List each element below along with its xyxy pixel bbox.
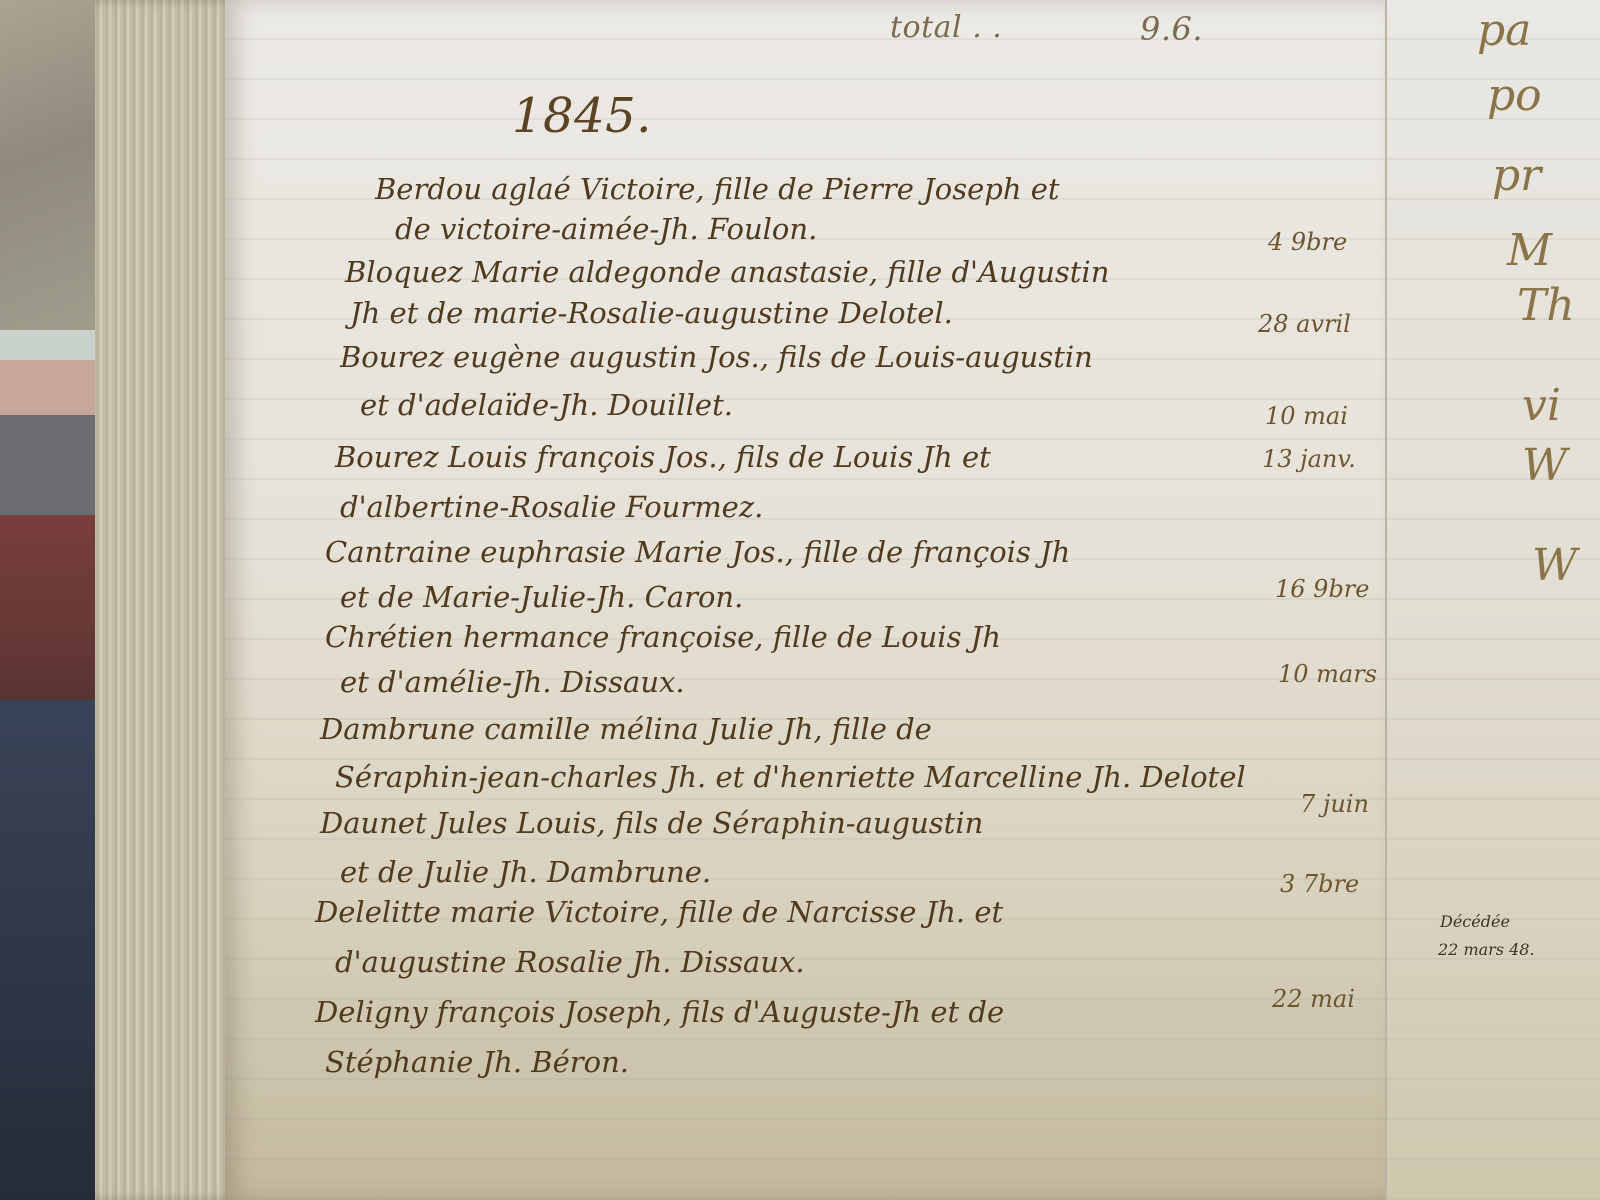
entry-name-line: Chrétien hermance françoise, fille de Lo…: [325, 620, 1001, 654]
entry-parent-line: et de Marie-Julie-Jh. Caron.: [340, 580, 743, 614]
entry-name-line: Daunet Jules Louis, fils de Séraphin-aug…: [320, 806, 983, 840]
entry-date: 7 juin: [1300, 790, 1369, 818]
entry-parent-line: Séraphin-jean-charles Jh. et d'henriette…: [335, 760, 1246, 794]
death-note-date: 22 mars 48.: [1438, 940, 1535, 959]
entry-date: 13 janv.: [1262, 445, 1356, 473]
right-page-fragment: Th: [1517, 280, 1575, 331]
entry-date: 22 mai: [1272, 985, 1355, 1013]
entry-name-line: Deligny françois Joseph, fils d'Auguste-…: [315, 995, 1004, 1029]
entry-name-line: Bourez Louis françois Jos., fils de Loui…: [335, 440, 991, 474]
worn-page-edges: [95, 0, 245, 1200]
entry-name-line: Bloquez Marie aldegonde anastasie, fille…: [345, 255, 1109, 289]
year-heading: 1845.: [512, 88, 652, 144]
entry-date: 28 avril: [1258, 310, 1351, 338]
entry-name-line: Bourez eugène augustin Jos., fils de Lou…: [340, 340, 1093, 374]
right-page-fragment: M: [1507, 225, 1552, 276]
right-page-fragment: pr: [1492, 150, 1541, 201]
right-page-fragment: W: [1532, 540, 1577, 591]
entry-name-line: Dambrune camille mélina Julie Jh, fille …: [320, 712, 932, 746]
right-page-fragment: vi: [1522, 380, 1561, 431]
entry-parent-line: et d'amélie-Jh. Dissaux.: [340, 665, 685, 699]
death-note-label: Décédée: [1440, 912, 1510, 931]
entry-date: 3 7bre: [1280, 870, 1359, 898]
entry-date: 4 9bre: [1268, 228, 1347, 256]
entry-name-line: Berdou aglaé Victoire, fille de Pierre J…: [375, 172, 1060, 206]
entry-name-line: Cantraine euphrasie Marie Jos., fille de…: [325, 535, 1070, 569]
entry-date: 10 mai: [1265, 402, 1348, 430]
facing-page: pa po pr M Th vi W W: [1385, 0, 1600, 1200]
entry-parent-line: Jh et de marie-Rosalie-augustine Delotel…: [350, 296, 953, 330]
entry-date: 10 mars: [1278, 660, 1377, 688]
total-value: 9.6.: [1140, 10, 1203, 48]
total-label: total . .: [890, 10, 1002, 45]
entry-parent-line: et de Julie Jh. Dambrune.: [340, 855, 711, 889]
entry-parent-line: et d'adelaïde-Jh. Douillet.: [360, 388, 733, 422]
entry-parent-line: de victoire-aimée-Jh. Foulon.: [395, 212, 817, 246]
entry-date: 16 9bre: [1275, 575, 1369, 603]
right-page-fragment: pa: [1477, 5, 1531, 56]
entry-parent-line: d'augustine Rosalie Jh. Dissaux.: [335, 945, 805, 979]
right-page-fragment: po: [1487, 70, 1542, 121]
entry-parent-line: Stéphanie Jh. Béron.: [325, 1045, 629, 1079]
entry-parent-line: d'albertine-Rosalie Fourmez.: [340, 490, 763, 524]
entry-name-line: Delelitte marie Victoire, fille de Narci…: [315, 895, 1003, 929]
right-page-fragment: W: [1522, 440, 1567, 491]
